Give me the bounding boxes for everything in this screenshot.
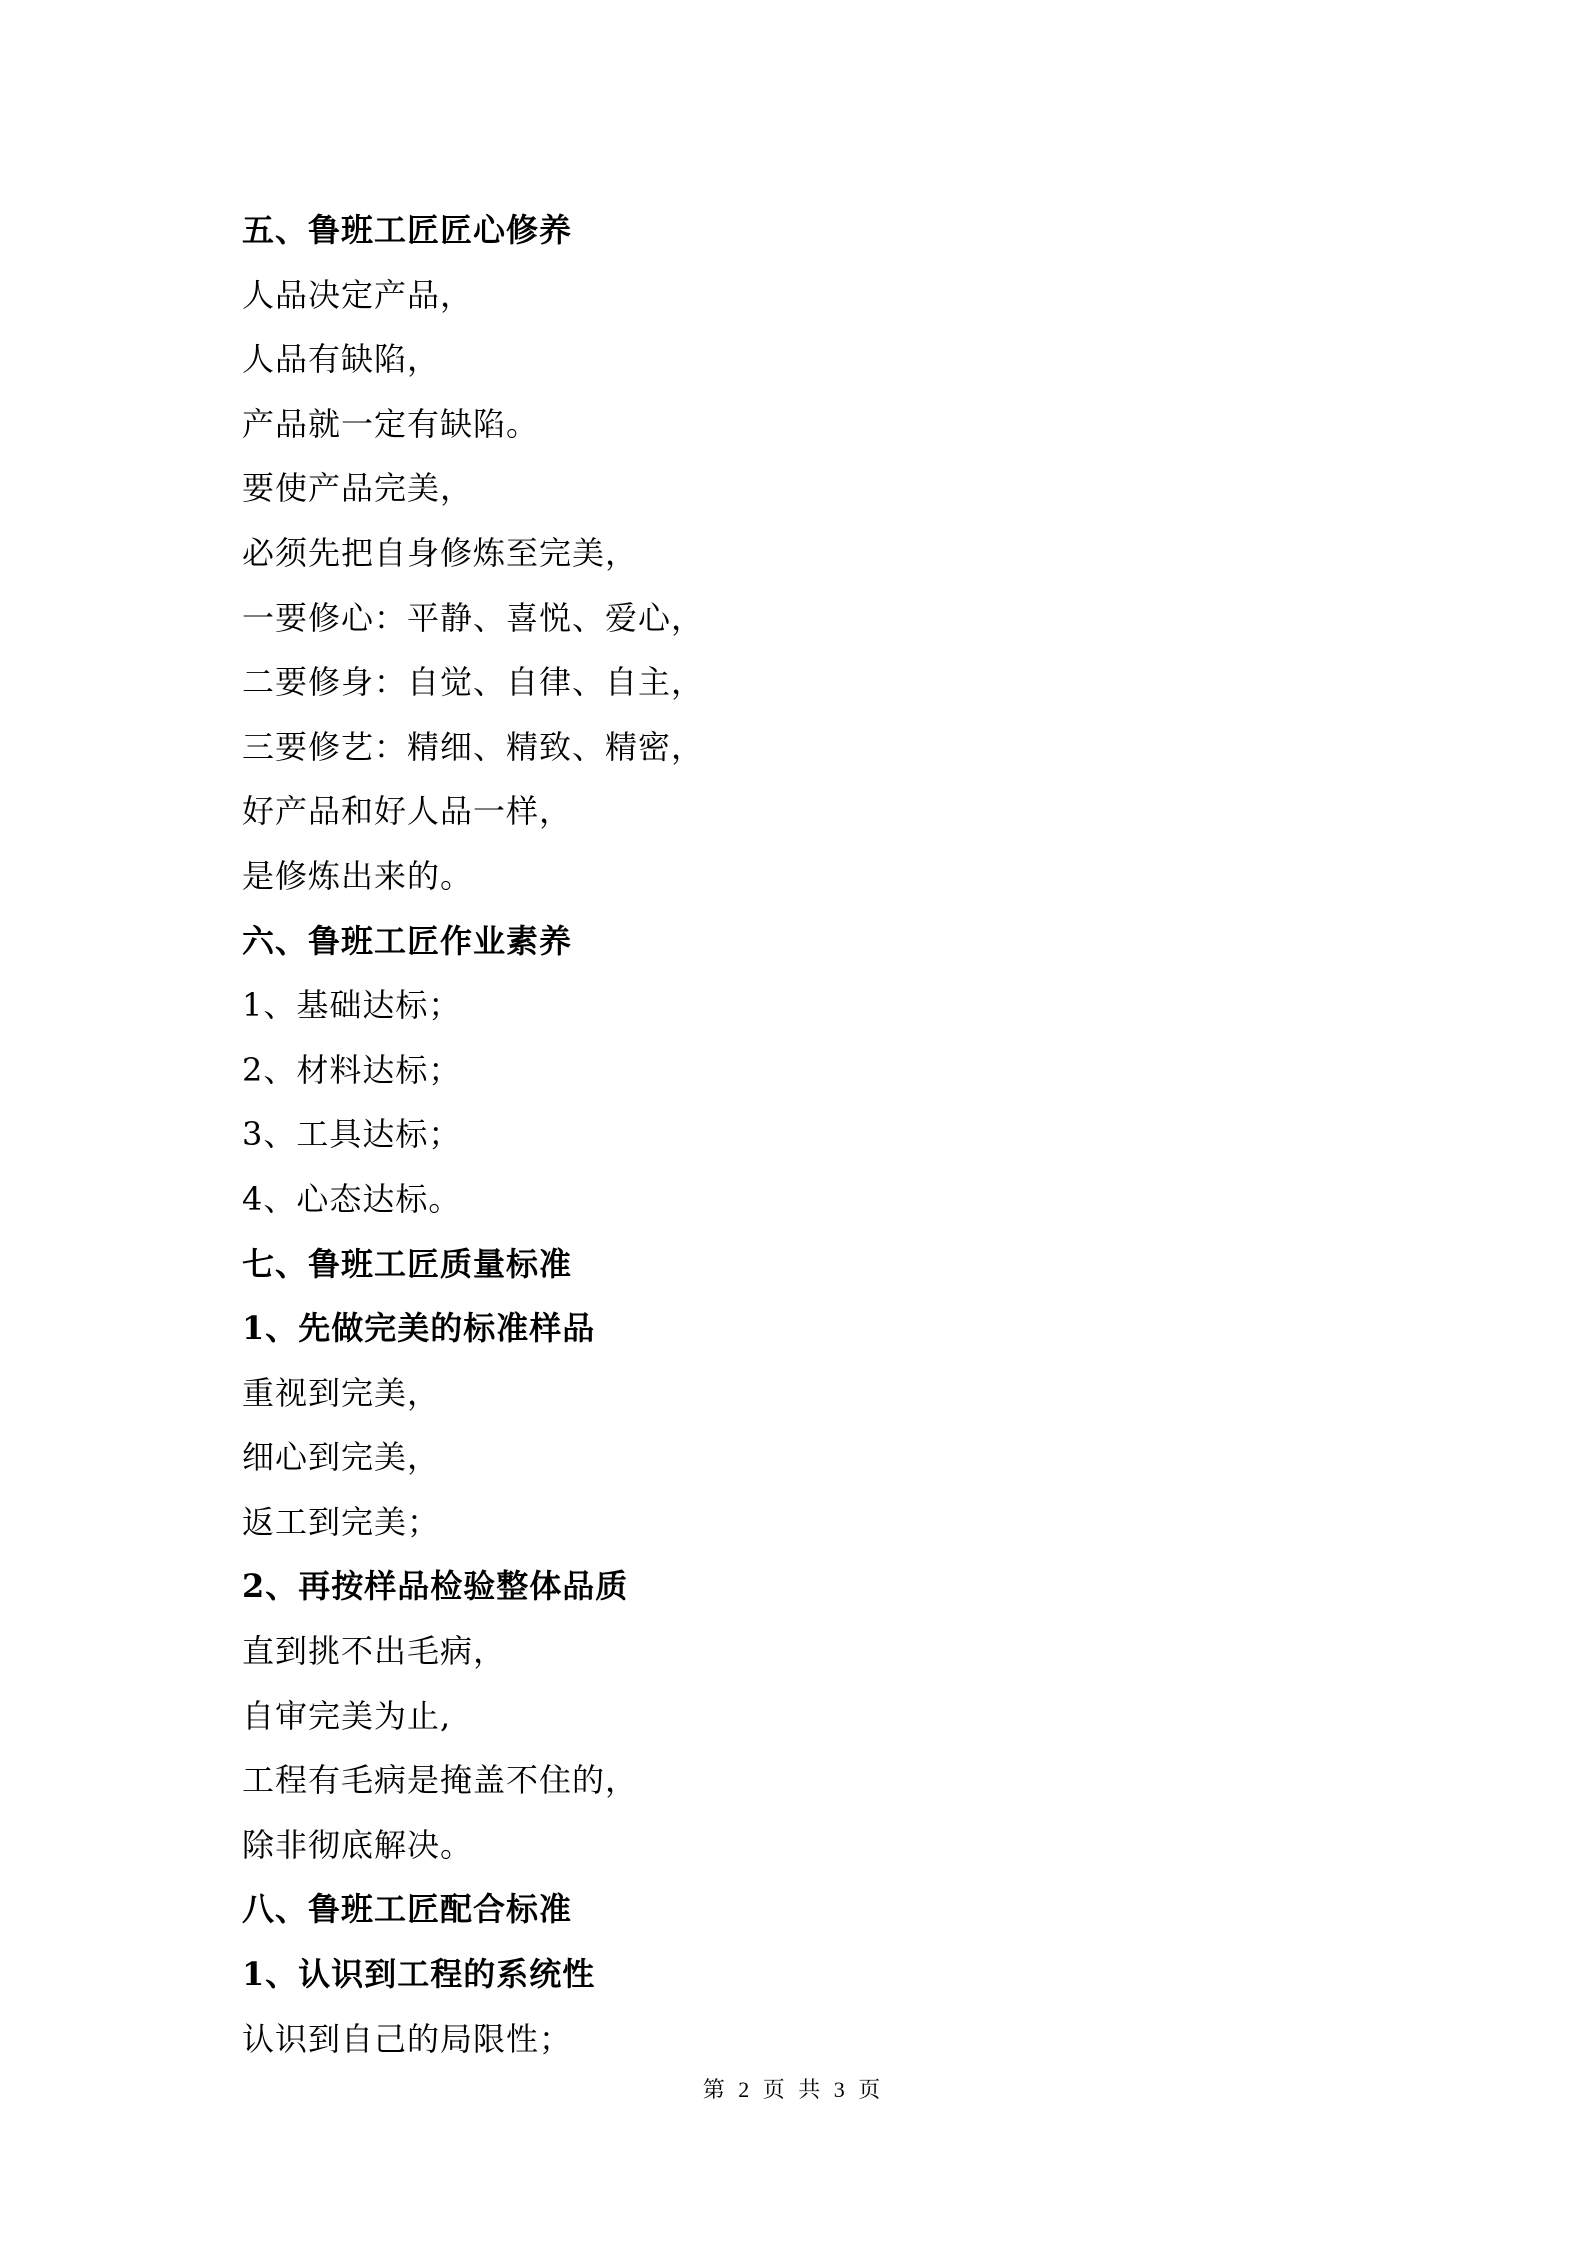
section-heading-8: 八、鲁班工匠配合标准 — [242, 1877, 1342, 1942]
paragraph-line: 直到挑不出毛病， — [242, 1619, 1342, 1684]
list-item: 2、材料达标； — [242, 1038, 1342, 1103]
subsection-heading: 1、先做完美的标准样品 — [242, 1296, 1342, 1361]
subsection-heading: 1、认识到工程的系统性 — [242, 1942, 1342, 2007]
paragraph-line: 自审完美为止, — [242, 1684, 1342, 1749]
paragraph-line: 是修炼出来的。 — [242, 844, 1342, 909]
document-page: 五、鲁班工匠匠心修养 人品决定产品， 人品有缺陷， 产品就一定有缺陷。 要使产品… — [0, 0, 1587, 2245]
paragraph-line: 返工到完美； — [242, 1490, 1342, 1555]
section-heading-7: 七、鲁班工匠质量标准 — [242, 1232, 1342, 1297]
paragraph-line: 人品有缺陷， — [242, 327, 1342, 392]
paragraph-line: 重视到完美， — [242, 1361, 1342, 1426]
page-number-footer: 第 2 页 共 3 页 — [0, 2073, 1587, 2104]
section-heading-5: 五、鲁班工匠匠心修养 — [242, 198, 1342, 263]
paragraph-line: 二要修身：自觉、自律、自主， — [242, 650, 1342, 715]
list-item: 1、基础达标； — [242, 973, 1342, 1038]
paragraph-line: 除非彻底解决。 — [242, 1813, 1342, 1878]
paragraph-line: 要使产品完美， — [242, 456, 1342, 521]
subsection-heading: 2、再按样品检验整体品质 — [242, 1554, 1342, 1619]
list-item: 4、心态达标。 — [242, 1167, 1342, 1232]
paragraph-line: 一要修心：平静、喜悦、爱心， — [242, 586, 1342, 651]
paragraph-line: 产品就一定有缺陷。 — [242, 392, 1342, 457]
paragraph-line: 必须先把自身修炼至完美， — [242, 521, 1342, 586]
paragraph-line: 细心到完美， — [242, 1425, 1342, 1490]
document-body: 五、鲁班工匠匠心修养 人品决定产品， 人品有缺陷， 产品就一定有缺陷。 要使产品… — [242, 198, 1342, 2071]
list-item: 3、工具达标； — [242, 1102, 1342, 1167]
paragraph-line: 人品决定产品， — [242, 263, 1342, 328]
paragraph-line: 工程有毛病是掩盖不住的， — [242, 1748, 1342, 1813]
paragraph-line: 三要修艺：精细、精致、精密， — [242, 715, 1342, 780]
section-heading-6: 六、鲁班工匠作业素养 — [242, 909, 1342, 974]
paragraph-line: 好产品和好人品一样， — [242, 779, 1342, 844]
paragraph-line: 认识到自己的局限性； — [242, 2007, 1342, 2072]
